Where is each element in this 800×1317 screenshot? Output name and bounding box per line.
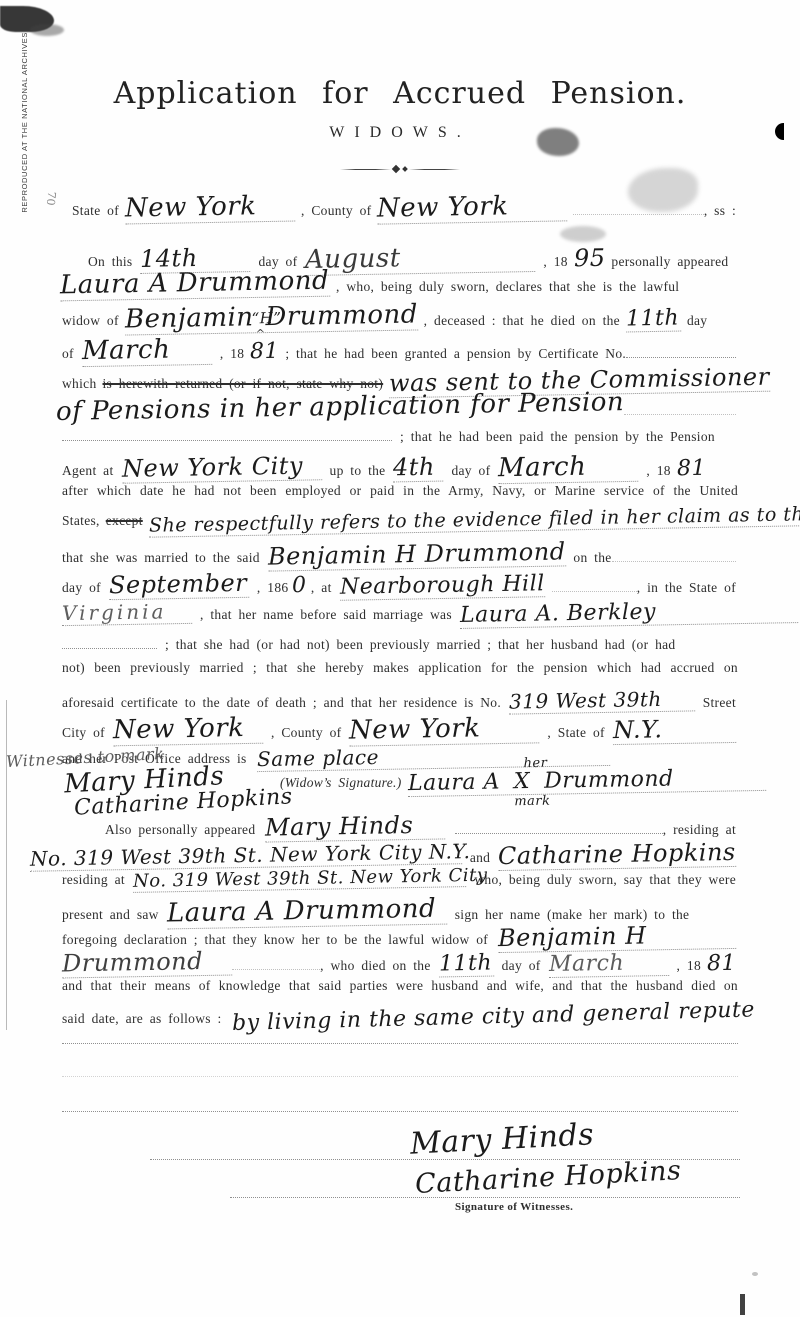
of-label: of (62, 346, 74, 362)
except-struck: except (106, 513, 143, 529)
w-died-day: 11th (438, 951, 493, 978)
maiden-line: Virginia , that her name before said mar… (62, 600, 798, 626)
county-value: New York (377, 190, 568, 224)
city-line: City of New York , County of New York , … (62, 714, 736, 745)
husband-last: Drummond (265, 299, 418, 332)
w-day-of-label: day of (502, 958, 541, 974)
state-label: State of (72, 203, 119, 219)
address2-line: residing at No. 319 West 39th St. New Yo… (62, 868, 736, 890)
city-of-label: City of (62, 725, 105, 741)
widow-signature-label: (Widow’s Signature.) (280, 775, 402, 791)
paid-line: ; that he had been paid the pension by t… (62, 424, 736, 445)
blank-rule-2 (62, 1075, 738, 1077)
ss-label: , ss : (704, 203, 736, 219)
died-fill (232, 953, 320, 970)
residence-clause-label: aforesaid certificate to the date of dea… (62, 695, 501, 711)
up-to-the-label: up to the (330, 463, 386, 479)
marriage-year-prefix: , 186 (257, 580, 289, 596)
divider-ornament (340, 166, 460, 172)
residence-line: aforesaid certificate to the date of dea… (62, 688, 736, 713)
form-title: Application for Accrued Pension. (0, 76, 800, 111)
witness1-fill (455, 817, 662, 834)
marriage-state-value: Virginia (62, 599, 192, 626)
agent-place-value: New York City (121, 451, 321, 483)
day-word: day (687, 313, 707, 329)
city-value: New York (113, 713, 264, 747)
agent-line: Agent at New York City up to the 4th day… (62, 452, 736, 483)
paid-month-value: March (498, 451, 639, 484)
signature-of-witnesses-label: Signature of Witnesses. (455, 1201, 573, 1213)
death-year-value: 81 (250, 339, 279, 365)
res-county-label: , County of (271, 725, 341, 741)
signature-rule-2 (230, 1196, 740, 1198)
husband-first: Benjamin (125, 302, 254, 334)
death-day-value: 11th (626, 306, 681, 333)
w-died-month: March (548, 950, 668, 978)
widow-sig-first: Laura A (407, 770, 499, 797)
res-state-label: , State of (547, 725, 604, 741)
foregoing-line: foregoing declaration ; that they know h… (62, 922, 736, 951)
marriage-year-value: 0 (292, 573, 307, 598)
agent-at-label: Agent at (62, 463, 114, 479)
widow-of-label: widow of (62, 313, 119, 329)
certificate-no-blank (626, 341, 736, 358)
residing-at-label: , residing at (663, 822, 736, 838)
knowledge-answer-value: by living in the same city and general r… (231, 997, 770, 1036)
widow-name-value: Laura A Drummond (60, 266, 330, 302)
also-appeared-line: Also personally appeared Mary Hinds , re… (105, 812, 736, 841)
foregoing-label: foregoing declaration ; that they know h… (62, 932, 488, 948)
place-fill (552, 575, 636, 592)
paid-blank (62, 424, 392, 441)
service-clause-line: after which date he had not been employe… (62, 483, 738, 499)
married-clause-label: that she was married to the said (62, 550, 260, 566)
lawful-widow-name2: Drummond (62, 947, 232, 979)
res-county-value: New York (349, 712, 540, 746)
sworn-clause: , who, being duly sworn, declares that s… (336, 279, 679, 295)
widow-signature-value: Laura AherXmarkDrummond (407, 765, 766, 797)
prev-married-line1: ; that she had (or had not) been previou… (62, 632, 736, 653)
at-label: , at (311, 580, 332, 596)
marriage-place-value: Nearborough Hill (339, 571, 544, 601)
scan-speck-bottom-right (752, 1272, 758, 1276)
paid-day-of-label: day of (451, 463, 490, 479)
address2-value: No. 319 West 39th St. New York City (133, 865, 467, 893)
prev-married-line2: not) been previously married ; that she … (62, 660, 738, 676)
witness2-name-value: Catharine Hopkins (498, 838, 736, 871)
and-label: and (470, 850, 490, 866)
street-label: Street (703, 695, 736, 711)
husband-name-value: Benjamin“H”^Drummond (125, 299, 418, 335)
answer-fill (624, 398, 736, 415)
paid-day-value: 4th (393, 453, 443, 483)
death-year-prefix: , 18 (220, 346, 244, 362)
state-value: New York (125, 191, 296, 225)
page-number: 70 (44, 191, 58, 206)
married-name-value: Benjamin H Drummond (268, 537, 566, 571)
blank-rule-3 (62, 1110, 738, 1112)
on-the-label: on the (573, 550, 611, 566)
declarant-line: Laura A Drummond , who, being duly sworn… (60, 268, 736, 299)
knowledge-line1: and that their means of knowledge that s… (62, 978, 738, 994)
scan-artifact-bottom-right (740, 1294, 745, 1315)
maiden-clause-label: , that her name before said marriage was (200, 607, 452, 623)
scanned-pension-form-page: REPRODUCED AT THE NATIONAL ARCHIVES 70 A… (0, 0, 800, 1317)
address1-line: No. 319 West 39th St. New York City N.Y.… (30, 840, 736, 869)
certificate-answer-line2: of Pensions in her application for Pensi… (56, 392, 736, 422)
except-line: States, except She respectfully refers t… (62, 508, 798, 531)
states-label: States, (62, 513, 100, 529)
ink-stain-month (560, 226, 606, 242)
res-state-value: N.Y. (613, 714, 737, 745)
paid-clause: ; that he had been paid the pension by t… (400, 429, 715, 445)
witness-signature-1: Mary Hinds (409, 1119, 594, 1160)
death-month-line: of March , 18 81 ; that he had been gran… (62, 335, 736, 366)
also-appeared-label: Also personally appeared (105, 822, 255, 838)
county-label: , County of (301, 203, 371, 219)
in-state-of-label: , in the State of (637, 580, 736, 596)
certificate-answer-2: of Pensions in her application for Pensi… (56, 387, 625, 427)
knowledge-line2: said date, are as follows : by living in… (62, 1004, 770, 1029)
died-clause-label: , who died on the (320, 958, 430, 974)
prev-blank (62, 632, 157, 649)
marriage-month-value: September (109, 569, 249, 600)
jurat-line: State of New York , County of New York ,… (72, 192, 736, 223)
form-subtitle: WIDOWS. (0, 124, 800, 142)
sworn-say-label: who, being duly sworn, say that they wer… (474, 872, 736, 888)
marriage-day-of-label: day of (62, 580, 101, 596)
residing-at2-label: residing at (62, 872, 125, 888)
died-line: Drummond , who died on the 11th day of M… (62, 948, 736, 977)
paid-year-prefix: , 18 (646, 463, 670, 479)
widow-sig-last: Drummond (543, 766, 673, 793)
death-month-value: March (82, 334, 213, 367)
granted-clause: ; that he had been granted a pension by … (285, 346, 626, 362)
marriage-date-line: day of September , 186 0 , at Nearboroug… (62, 570, 736, 599)
blank-rule-1 (62, 1042, 738, 1044)
her-mark-x: herXmark (513, 769, 530, 794)
national-archives-stamp: REPRODUCED AT THE NATIONAL ARCHIVES (20, 32, 29, 213)
ink-smudge-top-left-2 (30, 24, 64, 36)
residence-no-value: 319 West 39th (509, 686, 695, 714)
w-died-year: 81 (707, 951, 736, 977)
maiden-name-value: Laura A. Berkley (460, 597, 798, 629)
scan-edge-line (6, 700, 7, 1030)
w-year-prefix: , 18 (677, 958, 701, 974)
witness-signature-2: Catharine Hopkins (415, 1157, 682, 1197)
paid-year-value: 81 (677, 456, 706, 482)
widow-of-line: widow of Benjamin“H”^Drummond , deceased… (62, 302, 736, 333)
jurat-fill (573, 198, 703, 215)
married-line: that she was married to the said Benjami… (62, 540, 736, 569)
present-saw-label: present and saw (62, 907, 159, 923)
deceased-clause: , deceased : that he died on the (424, 313, 620, 329)
married-fill (612, 545, 736, 562)
which-label: which (62, 376, 97, 392)
witness1-name-value: Mary Hinds (265, 810, 445, 842)
struck-clause: is herewith returned (or if not, state w… (103, 376, 384, 392)
except-note-value: She respectfully refers to the evidence … (149, 501, 800, 537)
knowledge2-label: said date, are as follows : (62, 1011, 222, 1027)
